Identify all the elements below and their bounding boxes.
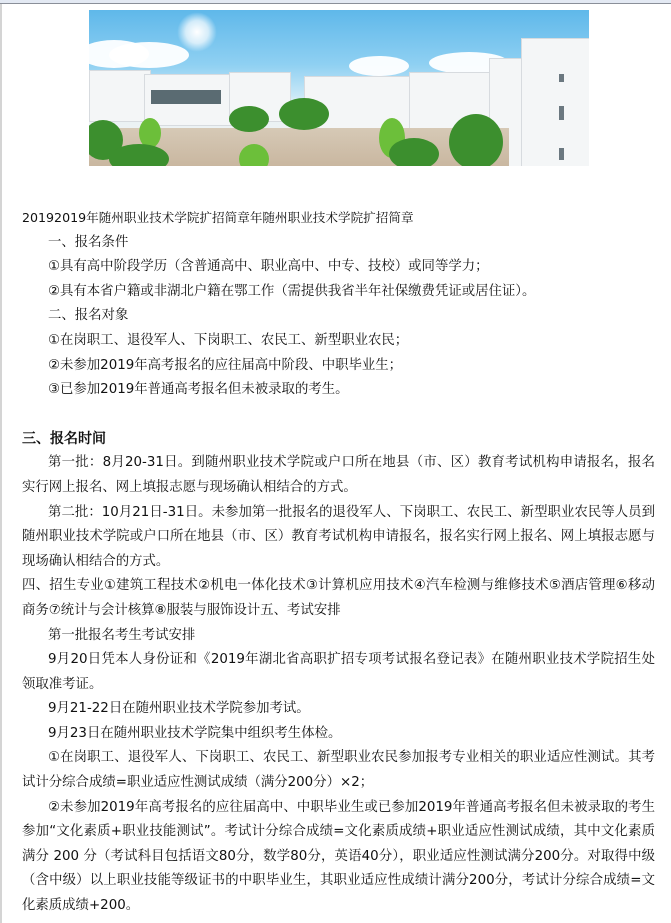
building bbox=[521, 38, 589, 166]
cloud bbox=[109, 42, 189, 68]
target-item: ③已参加2019年普通高考报名但未被录取的考生。 bbox=[22, 378, 655, 403]
tree bbox=[389, 138, 439, 166]
building bbox=[89, 70, 151, 122]
section-heading-conditions: 一、报名条件 bbox=[22, 231, 655, 256]
section-heading-time: 三、报名时间 bbox=[22, 427, 655, 452]
exam-subheading: 第一批报名考生考试安排 bbox=[22, 624, 655, 649]
condition-item: ①具有高中阶段学历（含普通高中、职业高中、中专、技校）或同等学力； bbox=[22, 255, 655, 280]
window bbox=[559, 106, 564, 120]
building-facade bbox=[151, 90, 221, 104]
condition-item: ②具有本省户籍或非湖北户籍在鄂工作（需提供我省半年社保缴费凭证或居住证）。 bbox=[22, 280, 655, 305]
batch2-paragraph: 第二批：10月21日-31日。未参加第一批报名的退役军人、下岗职工、农民工、新型… bbox=[22, 501, 655, 575]
exam-paragraph: 9月23日在随州职业技术学院集中组织考生体检。 bbox=[22, 722, 655, 747]
window bbox=[559, 148, 564, 160]
target-item: ②未参加2019年高考报名的应往届高中阶段、中职毕业生； bbox=[22, 354, 655, 379]
target-item: ①在岗职工、退役军人、下岗职工、农民工、新型职业农民； bbox=[22, 329, 655, 354]
article-title: 20192019年随州职业技术学院扩招简章年随州职业技术学院扩招简章 bbox=[22, 206, 655, 231]
section-heading-targets: 二、报名对象 bbox=[22, 304, 655, 329]
tree bbox=[279, 98, 329, 130]
sun-glare bbox=[177, 12, 217, 52]
exam-paragraph: 9月20日凭本人身份证和《2019年湖北省高职扩招专项考试报名登记表》在随州职业… bbox=[22, 648, 655, 697]
window-top-border bbox=[0, 0, 671, 4]
exam-paragraph: ②未参加2019年高考报名的应往届高中、中职毕业生或已参加2019年普通高考报名… bbox=[22, 796, 655, 919]
spacer bbox=[22, 403, 655, 427]
window bbox=[559, 74, 564, 82]
tree bbox=[109, 144, 169, 166]
article-body: 20192019年随州职业技术学院扩招简章年随州职业技术学院扩招简章 一、报名条… bbox=[22, 206, 655, 919]
majors-paragraph: 四、招生专业①建筑工程技术②机电一体化技术③计算机应用技术④汽车检测与维修技术⑤… bbox=[22, 574, 655, 623]
batch1-paragraph: 第一批：8月20-31日。到随州职业技术学院或户口所在地县（市、区）教育考试机构… bbox=[22, 451, 655, 500]
tree bbox=[229, 106, 269, 132]
tree bbox=[239, 144, 269, 166]
window-left-border bbox=[0, 4, 2, 923]
campus-banner-image bbox=[89, 10, 589, 166]
exam-paragraph: ①在岗职工、退役军人、下岗职工、农民工、新型职业农民参加报考专业相关的职业适应性… bbox=[22, 746, 655, 795]
tree bbox=[449, 114, 503, 166]
exam-paragraph: 9月21-22日在随州职业技术学院参加考试。 bbox=[22, 697, 655, 722]
cloud bbox=[349, 56, 409, 76]
